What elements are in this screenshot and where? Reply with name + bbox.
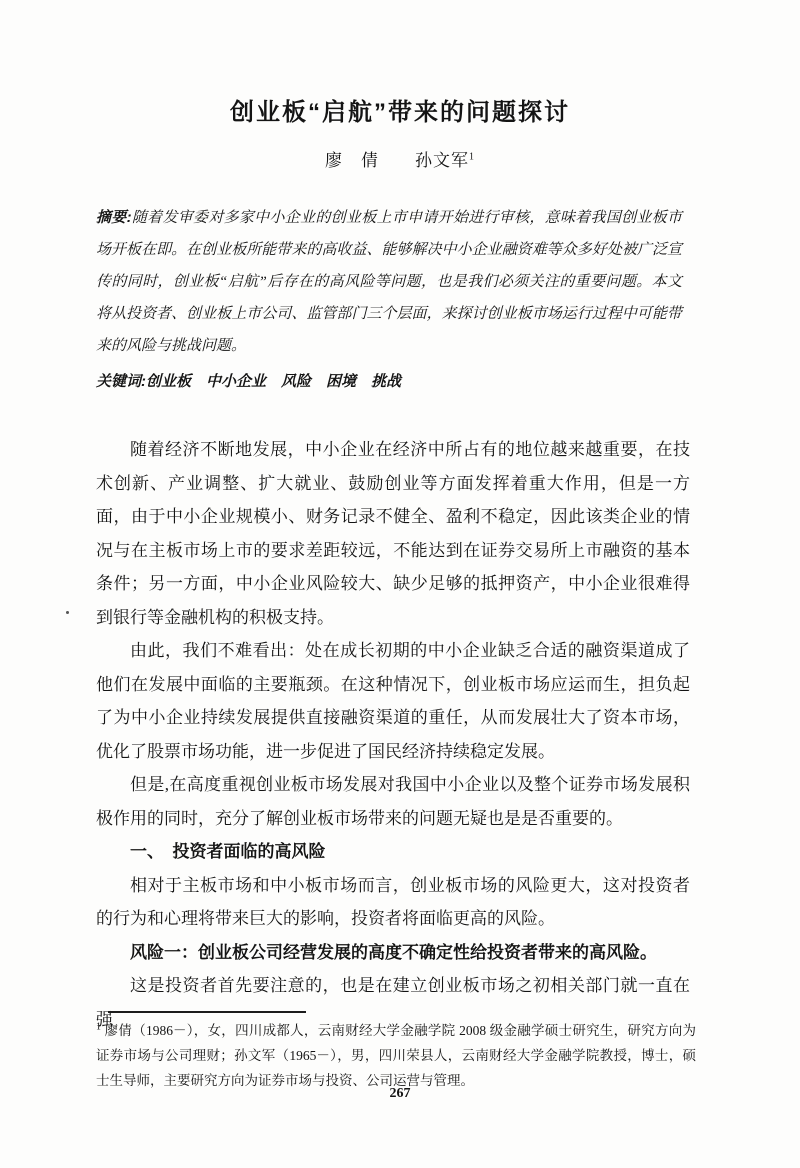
keywords-text: 创业板 中小企业 风险 困境 挑战 [146, 374, 401, 390]
abstract-label: 摘要: [96, 209, 132, 226]
abstract-paragraph: 摘要:随着发审委对多家中小企业的创业板上市申请开始进行审核，意味着我国创业板市场… [96, 202, 682, 362]
body-text: 随着经济不断地发展，中小企业在经济中所占有的地位越来越重要，在技术创新、产业调整… [96, 433, 690, 1036]
author-footnote-marker: 1 [469, 151, 475, 162]
author-line: 廖 倩 孙文军1 [0, 149, 800, 173]
paper-page: 创业板“启航”带来的问题探讨 廖 倩 孙文军1 摘要:随着发审委对多家中小企业的… [0, 0, 800, 1168]
section-heading: 一、 投资者面临的高风险 [96, 835, 690, 869]
page-title: 创业板“启航”带来的问题探讨 [0, 98, 800, 128]
footnote-marker: 1 [96, 1021, 101, 1032]
body-paragraph: 由此，我们不难看出：处在成长初期的中小企业缺乏合适的融资渠道成了他们在发展中面临… [96, 634, 690, 768]
body-paragraph: 随着经济不断地发展，中小企业在经济中所占有的地位越来越重要，在技术创新、产业调整… [96, 433, 690, 634]
footnote-section: 1 廖倩（1986－），女，四川成都人，云南财经大学金融学院 2008 级金融学… [96, 1004, 696, 1093]
footnote-paragraph: 1 廖倩（1986－），女，四川成都人，云南财经大学金融学院 2008 级金融学… [96, 1018, 696, 1093]
footnote-text: 廖倩（1986－），女，四川成都人，云南财经大学金融学院 2008 级金融学硕士… [96, 1023, 696, 1088]
keywords-label: 关键词: [96, 373, 146, 390]
footnote-divider [108, 1011, 306, 1013]
page-number: 267 [0, 1086, 800, 1102]
abstract-text: 随着发审委对多家中小企业的创业板上市申请开始进行审核，意味着我国创业板市场开板在… [96, 210, 682, 354]
body-paragraph: 相对于主板市场和中小板市场而言，创业板市场的风险更大，这对投资者的行为和心理将带… [96, 869, 690, 936]
author-names: 廖 倩 孙文军 [325, 151, 469, 170]
risk-one-paragraph: 风险一：创业板公司经营发展的高度不确定性给投资者带来的高风险。 [96, 936, 690, 970]
abstract-section: 摘要:随着发审委对多家中小企业的创业板上市申请开始进行审核，意味着我国创业板市场… [96, 202, 682, 398]
scan-artifact-dot [66, 611, 69, 614]
body-paragraph: 但是,在高度重视创业板市场发展对我国中小企业以及整个证券市场发展积极作用的同时，… [96, 768, 690, 835]
keywords-line: 关键词:创业板 中小企业 风险 困境 挑战 [96, 366, 682, 398]
